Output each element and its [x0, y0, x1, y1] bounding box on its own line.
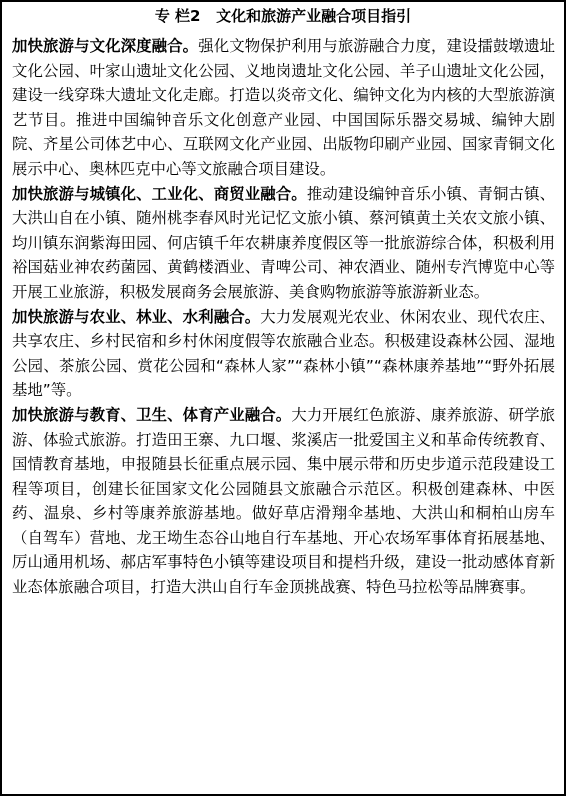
paragraph-education-health-sports: 加快旅游与教育、卫生、体育产业融合。大力开展红色旅游、康养旅游、研学旅游、体验式…: [12, 403, 555, 600]
paragraph-lead: 加快旅游与城镇化、工业化、商贸业融合。: [12, 185, 307, 203]
column-title: 专 栏2 文化和旅游产业融合项目指引: [2, 6, 564, 26]
column-content: 加快旅游与文化深度融合。强化文物保护利用与旅游融合力度，建设擂鼓墩遗址文化公园、…: [12, 34, 555, 600]
paragraph-lead: 加快旅游与农业、林业、水利融合。: [12, 308, 260, 326]
paragraph-lead: 加快旅游与教育、卫生、体育产业融合。: [12, 406, 291, 424]
column-box: 专 栏2 文化和旅游产业融合项目指引 加快旅游与文化深度融合。强化文物保护利用与…: [0, 0, 566, 796]
paragraph-lead: 加快旅游与文化深度融合。: [12, 37, 198, 55]
paragraph-agriculture: 加快旅游与农业、林业、水利融合。大力发展观光农业、休闲农业、现代农庄、共享农庄、…: [12, 305, 555, 403]
paragraph-urbanization: 加快旅游与城镇化、工业化、商贸业融合。推动建设编钟音乐小镇、青铜古镇、大洪山自在…: [12, 182, 555, 305]
paragraph-body: 强化文物保护利用与旅游融合力度，建设擂鼓墩遗址文化公园、叶家山遗址文化公园、义地…: [12, 37, 555, 178]
paragraph-culture: 加快旅游与文化深度融合。强化文物保护利用与旅游融合力度，建设擂鼓墩遗址文化公园、…: [12, 34, 555, 182]
paragraph-body: 大力开展红色旅游、康养旅游、研学旅游、体验式旅游。打造田王寨、九口堰、浆溪店一批…: [12, 406, 555, 596]
